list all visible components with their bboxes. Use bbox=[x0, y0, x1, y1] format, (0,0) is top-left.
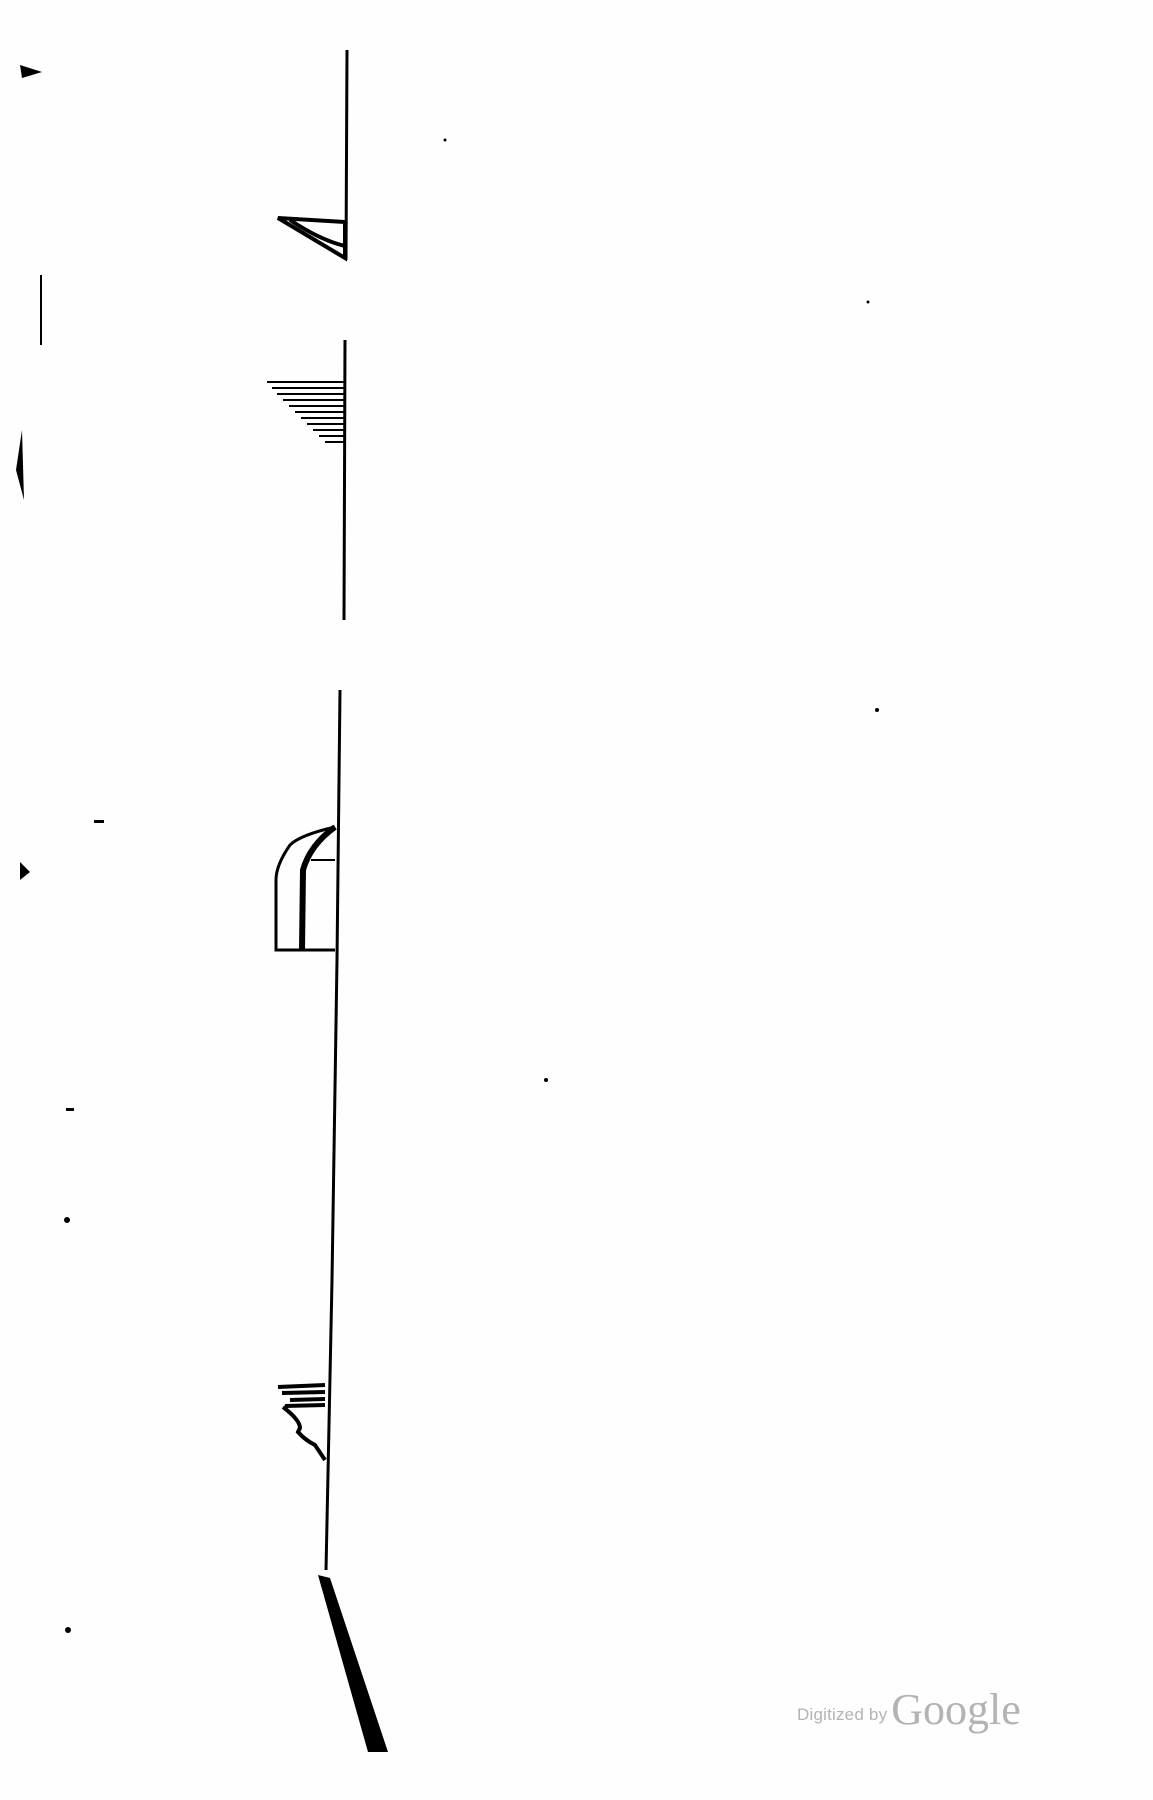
scanned-page: Digitized byGoogle bbox=[0, 0, 1153, 1800]
page-edge-artwork bbox=[0, 0, 1153, 1800]
digitized-by-google-watermark: Digitized byGoogle bbox=[797, 1684, 1021, 1735]
watermark-brand: Google bbox=[891, 1685, 1021, 1734]
watermark-prefix: Digitized by bbox=[797, 1705, 887, 1724]
bracket-fragment bbox=[278, 218, 345, 258]
gutter-line bbox=[326, 50, 347, 1570]
arch-fragment bbox=[276, 827, 335, 950]
scribble-fragment bbox=[278, 1385, 325, 1460]
diagonal-stroke bbox=[318, 1575, 388, 1752]
hatched-triangle bbox=[267, 382, 345, 442]
left-edge-marks bbox=[16, 65, 879, 1633]
